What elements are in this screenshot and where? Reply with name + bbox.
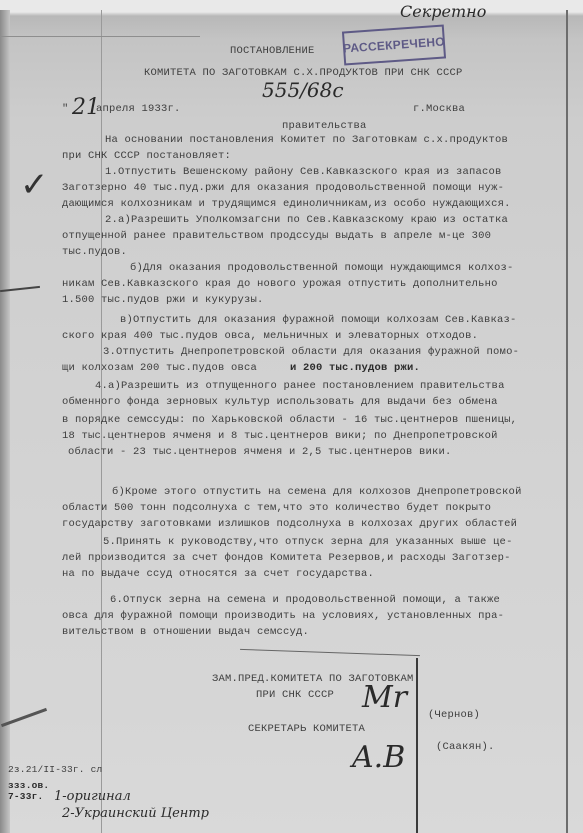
body-line: 18 тыс.центнеров ячменя и 8 тыс.центнеро… <box>62 430 498 442</box>
signatory-name: (Саакян). <box>436 741 495 753</box>
declassified-stamp: РАССЕКРЕЧЕНО <box>342 24 446 65</box>
handwritten-note: 2-Украинский Центр <box>62 806 209 821</box>
date-open-quote: " <box>62 103 69 115</box>
date-rest: апреля 1933г. <box>96 103 181 115</box>
body-line: 1.Отпустить Вешенскому району Сев.Кавказ… <box>105 166 502 178</box>
handwritten-annotation: Секретно <box>400 2 486 21</box>
body-line: овса для фуражной помощи производить на … <box>62 610 504 622</box>
body-line: ского края 400 тыс.пудов овса, мельничны… <box>62 330 478 342</box>
reference-code: 7-33г. <box>8 791 43 802</box>
body-line: области - 23 тыс.центнеров ячменя и 2,5 … <box>68 446 452 458</box>
document-page: Секретно РАССЕКРЕЧЕНО ПОСТАНОВЛЕНИЕ КОМИ… <box>0 0 583 833</box>
reference-code: 2з.21/II-33г. сл <box>8 764 102 775</box>
body-line: обменного фонда зерновых культур использ… <box>62 396 498 408</box>
body-line: государству заготовками излишков подсолн… <box>62 518 517 530</box>
body-line: 4.а)Разрешить из отпущенного ранее поста… <box>95 380 505 392</box>
body-line: 1.500 тыс.пудов ржи и кукурузы. <box>62 294 264 306</box>
scan-shadow <box>0 10 10 833</box>
margin-line <box>416 658 418 833</box>
body-line: 6.Отпуск зерна на семена и продовольстве… <box>110 594 500 606</box>
body-line: 3.Отпустить Днепропетровской области для… <box>103 346 519 358</box>
body-line: дающимся колхозникам и трудящимся единол… <box>62 198 511 210</box>
document-number: 555/68с <box>262 78 344 102</box>
page-edge <box>566 10 568 833</box>
body-line: б)Кроме этого отпустить на семена для ко… <box>112 486 522 498</box>
body-line-addition: и 200 тыс.пудов ржи. <box>290 362 420 374</box>
body-line: 2.а)Разрешить Уполкомзагсни по Сев.Кавка… <box>105 214 508 226</box>
signatory-title: СЕКРЕТАРЬ КОМИТЕТА <box>248 723 365 735</box>
body-line: в)Отпустить для оказания фуражной помощи… <box>120 314 517 326</box>
fold-line <box>0 36 200 37</box>
body-line: б)Для оказания продовольственной помощи … <box>130 262 514 274</box>
body-line: Заготзерно 40 тыс.пуд.ржи для оказания п… <box>62 182 504 194</box>
body-line: тыс.пудов. <box>62 246 127 258</box>
handwritten-note: 1-оригинал <box>54 789 131 804</box>
body-line: при СНК СССР постановляет: <box>62 150 231 162</box>
body-line: 5.Принять к руководству,что отпуск зерна… <box>103 536 513 548</box>
body-line: на по выдаче ссуд относятся за счет госу… <box>62 568 374 580</box>
doc-type: ПОСТАНОВЛЕНИЕ <box>230 45 315 57</box>
body-line: лей производится за счет фондов Комитета… <box>62 552 511 564</box>
signature: Mr <box>362 680 407 715</box>
signatory-name: (Чернов) <box>428 709 480 721</box>
body-line: никам Сев.Кавказского края до нового уро… <box>62 278 498 290</box>
checkmark-icon: ✓ <box>20 165 49 205</box>
signature-divider <box>240 649 420 656</box>
body-line: щи колхозам 200 тыс.пудов овса <box>62 362 257 374</box>
reference-code: ззз.ов. <box>8 780 49 791</box>
signature: A.B <box>352 740 405 775</box>
body-line: области 500 тонн подсолнуха с тем,что эт… <box>62 502 491 514</box>
body-line: На основании постановления Комитет по За… <box>105 134 508 146</box>
body-line: в порядке семссуды: по Харьковской облас… <box>62 414 517 426</box>
body-line: правительства <box>282 120 367 132</box>
body-line: вительством в отношении выдач семссуд. <box>62 626 309 638</box>
body-line: отпущенной ранее правительством продссуд… <box>62 230 491 242</box>
city: г.Москва <box>413 103 465 115</box>
signatory-title: ПРИ СНК СССР <box>256 689 334 701</box>
